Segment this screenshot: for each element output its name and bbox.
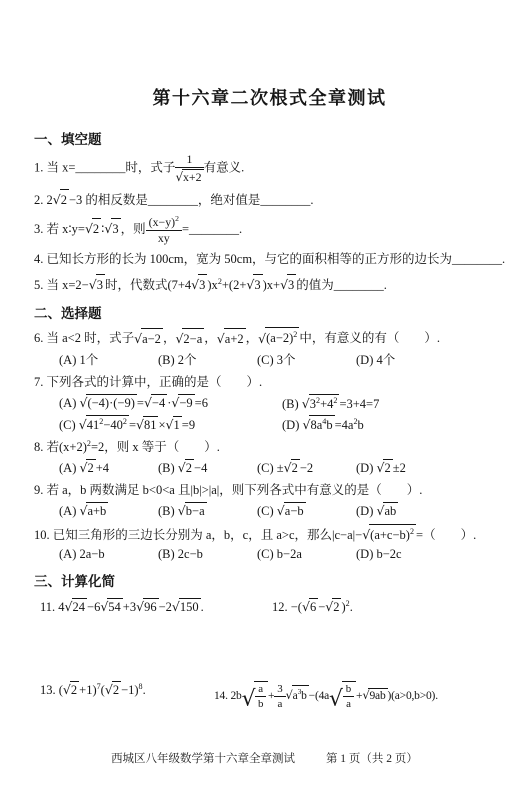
option-10-d: (D) b−2c xyxy=(356,547,402,562)
option-7-b: (B) √32+42=3+4=7 xyxy=(282,394,505,412)
calc-row-2: 13. (√2+1)7(√2−1)8. 14. 2b√ab+3a√a3b−(4a… xyxy=(34,681,505,710)
question-6-options: (A) 1个 (B) 2个 (C) 3个 (D) 4个 xyxy=(59,350,505,368)
question-7-options-row-1: (A) √(−4)·(−9)=√−4·√−9=6 (B) √32+42=3+4=… xyxy=(59,394,505,412)
footer-document-name: 西城区八年级数学第十六章全章测试 xyxy=(111,753,295,765)
question-1: 1. 当 x=________时，式子1√x+2有意义. xyxy=(34,153,505,184)
question-13: 13. (√2+1)7(√2−1)8. xyxy=(40,681,214,710)
question-6: 6. 当 a<2 时，式子√a−2，√2−a，√a+2，√(a−2)2中，有意义… xyxy=(34,327,505,348)
option-10-c: (C) b−2a xyxy=(257,547,356,562)
option-6-a: (A) 1个 xyxy=(59,350,158,368)
question-11: 11. 4√24−6√54+3√96−2√150. xyxy=(40,598,272,615)
section-heading-fill-in-blank: 一、填空题 xyxy=(34,128,505,148)
section-heading-multiple-choice: 二、选择题 xyxy=(34,302,505,322)
question-10: 10. 已知三角形的三边长分别为 a，b，c，且 a>c，那么|c−a|−√(a… xyxy=(34,524,505,545)
option-8-b: (B) √2−4 xyxy=(158,459,257,476)
option-7-d: (D) √8a4b=4a2b xyxy=(282,415,505,433)
footer-page-number: 第 1 页（共 2 页） xyxy=(326,753,418,765)
question-4: 4. 已知长方形的长为 100cm，宽为 50cm，与它的面积相等的正方形的边长… xyxy=(34,250,505,269)
question-3: 3. 若 x∶y=√2∶√3，则(x−y)2xy=________. xyxy=(34,215,505,245)
question-9: 9. 若 a，b 两数满足 b<0<a 且|b|>|a|，则下列各式中有意义的是… xyxy=(34,481,505,500)
question-8-options: (A) √2+4 (B) √2−4 (C) ±√2−2 (D) √2±2 xyxy=(59,459,505,476)
question-10-options: (A) 2a−b (B) 2c−b (C) b−2a (D) b−2c xyxy=(59,547,505,562)
option-10-b: (B) 2c−b xyxy=(158,547,257,562)
option-9-d: (D) √ab xyxy=(356,502,398,519)
question-5: 5. 当 x=2−√3时，代数式(7+4√3)x2+(2+√3)x+√3的值为_… xyxy=(34,274,505,295)
option-7-c: (C) √412−402=√81×√1=9 xyxy=(59,415,282,433)
question-7: 7. 下列各式的计算中，正确的是（ ）. xyxy=(34,373,505,392)
question-14: 14. 2b√ab+3a√a3b−(4a√ba+√9ab)(a>0,b>0). xyxy=(214,681,438,710)
test-paper-page: 第十六章二次根式全章测试 一、填空题 1. 当 x=________时，式子1√… xyxy=(0,0,529,800)
question-12: 12. −(√6−√2)2. xyxy=(272,598,353,615)
option-6-d: (D) 4个 xyxy=(356,350,395,368)
option-8-a: (A) √2+4 xyxy=(59,459,158,476)
calc-row-1: 11. 4√24−6√54+3√96−2√150. 12. −(√6−√2)2. xyxy=(34,598,505,615)
question-2: 2. 2√2−3 的相反数是________，绝对值是________. xyxy=(34,189,505,210)
question-8: 8. 若(x+2)2=2，则 x 等于（ ）. xyxy=(34,438,505,457)
page-title: 第十六章二次根式全章测试 xyxy=(34,84,505,110)
page-footer: 西城区八年级数学第十六章全章测试 第 1 页（共 2 页） xyxy=(0,750,529,766)
option-7-a: (A) √(−4)·(−9)=√−4·√−9=6 xyxy=(59,394,282,412)
question-9-options: (A) √a+b (B) √b−a (C) √a−b (D) √ab xyxy=(59,502,505,519)
option-6-c: (C) 3个 xyxy=(257,350,356,368)
option-9-b: (B) √b−a xyxy=(158,502,257,519)
option-9-c: (C) √a−b xyxy=(257,502,356,519)
option-6-b: (B) 2个 xyxy=(158,350,257,368)
option-10-a: (A) 2a−b xyxy=(59,547,158,562)
option-9-a: (A) √a+b xyxy=(59,502,158,519)
question-7-options-row-2: (C) √412−402=√81×√1=9 (D) √8a4b=4a2b xyxy=(59,415,505,433)
option-8-d: (D) √2±2 xyxy=(356,459,406,476)
section-heading-calculation: 三、计算化简 xyxy=(34,570,505,590)
option-8-c: (C) ±√2−2 xyxy=(257,459,356,476)
